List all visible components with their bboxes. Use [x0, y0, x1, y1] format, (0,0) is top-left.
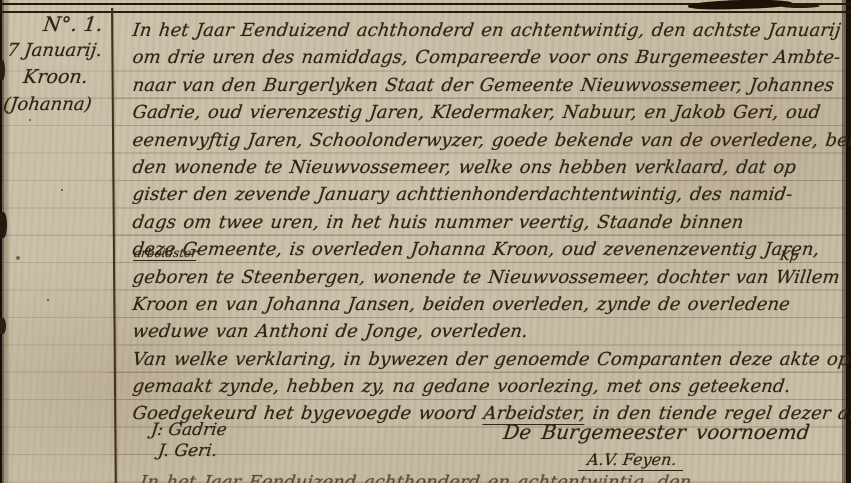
next-entry-partial-line: In het Jaar Eenduizend achthonderd en ac… — [140, 472, 841, 483]
act-line-4: Gadrie, oud vierenzestig Jaren, Klederma… — [131, 99, 848, 126]
act-line-13: Van welke verklaring, in bywezen der gen… — [131, 346, 848, 373]
act-line-12: weduwe van Anthoni de Jonge, overleden. — [131, 318, 848, 345]
death-record-page: N°. 1. 7 Januarij. Kroon. (Johanna) In h… — [0, 0, 851, 483]
act-line-3: naar van den Burgerlyken Staat der Gemee… — [131, 72, 848, 99]
act-line-6: den wonende te Nieuwvossemeer, welke ons… — [131, 154, 848, 181]
interlinear-insertion: arbeidster — [133, 247, 198, 261]
act-line-5: eenenvyftig Jaren, Schoolonderwyzer, goe… — [131, 127, 848, 154]
act-number: N°. 1. — [42, 12, 104, 36]
ink-smudge — [780, 4, 820, 8]
official-title: De Burgemeester voornoemd — [502, 420, 811, 444]
signature-witness-1: J: Gadrie — [150, 420, 228, 440]
act-line-7: gister den zevende January achttienhonde… — [131, 181, 848, 208]
act-line-11: Kroon en van Johanna Jansen, beiden over… — [131, 291, 848, 318]
act-line-8: dags om twee uren, in het huis nummer ve… — [131, 209, 848, 236]
signature-witness-2: J. Geri. — [157, 441, 218, 461]
correction-initials-mark: Kp — [779, 249, 799, 264]
act-line-10: geboren te Steenbergen, wonende te Nieuw… — [131, 264, 848, 291]
ink-blot — [0, 318, 6, 334]
act-body: In het Jaar Eenduizend achthonderd en ac… — [131, 17, 845, 428]
act-line-14: gemaakt zynde, hebben zy, na gedane voor… — [131, 373, 848, 400]
ink-blot — [0, 212, 7, 238]
signature-burgemeester: A.V. Feyen. — [578, 450, 686, 471]
act-line-2: om drie uren des namiddags, Compareerde … — [131, 44, 848, 71]
deceased-surname: Kroon. — [22, 66, 89, 88]
ink-blot — [0, 60, 5, 80]
act-line-9: deze Gemeente, is overleden Johanna Kroo… — [131, 236, 848, 263]
deceased-given-name: (Johanna) — [2, 94, 93, 115]
act-date: 7 Januarij. — [6, 40, 103, 61]
act-line-1: In het Jaar Eenduizend achthonderd en ac… — [131, 17, 848, 44]
